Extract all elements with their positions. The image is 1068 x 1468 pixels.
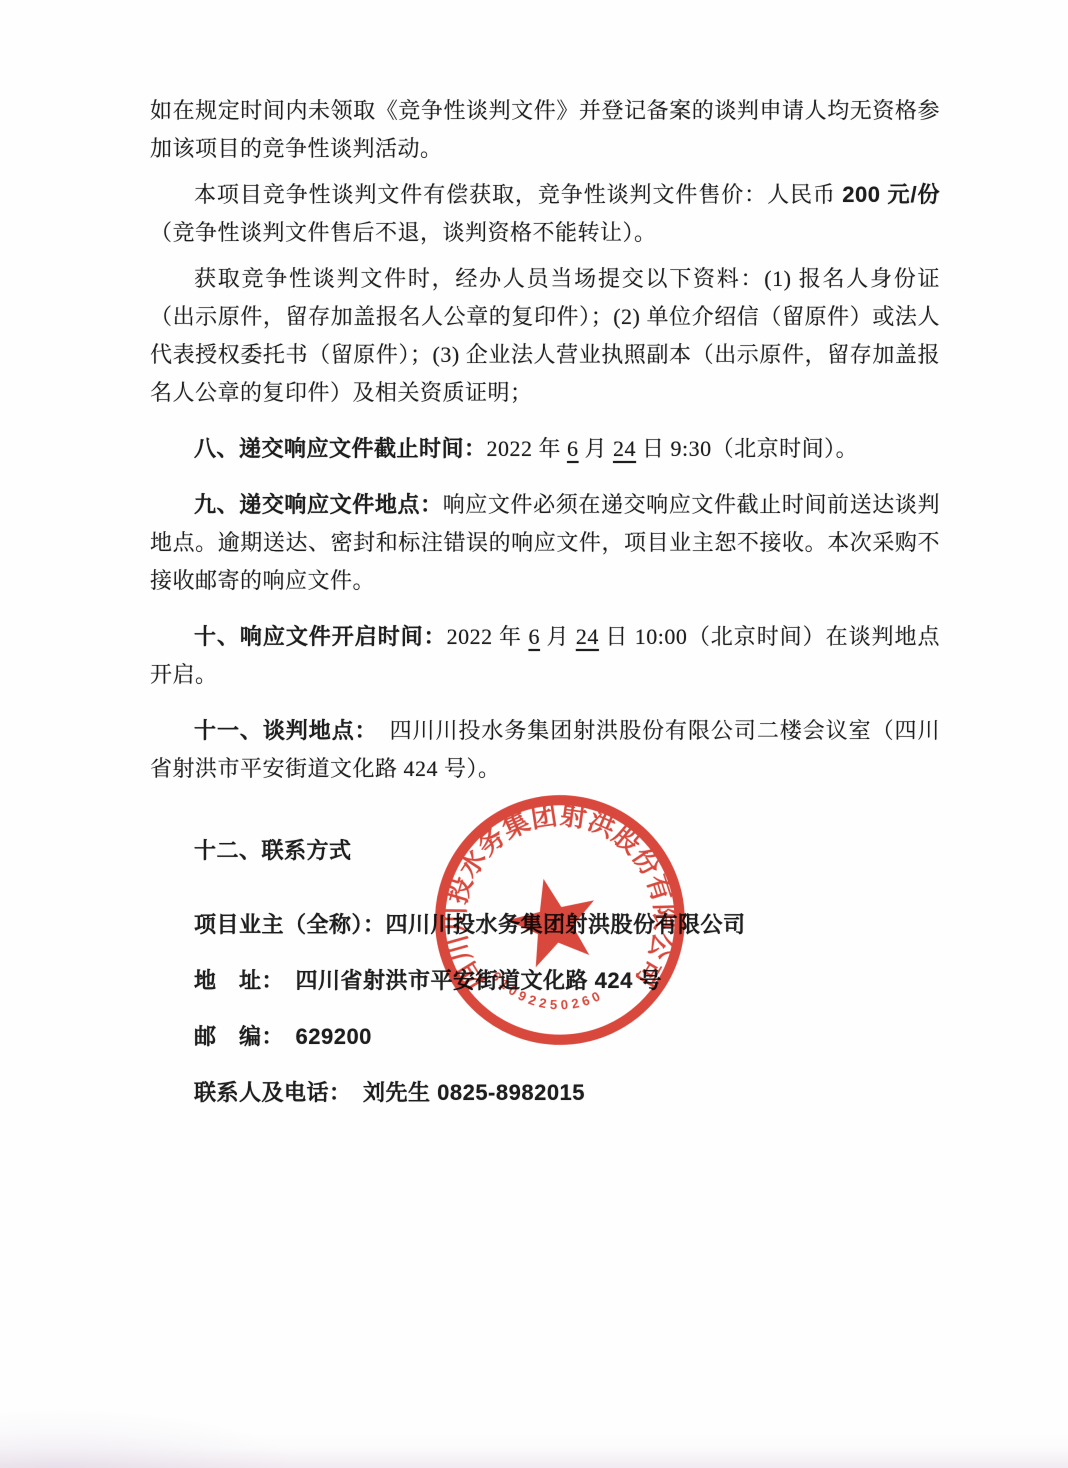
text-run: 月 (579, 436, 614, 461)
section-10-opening-time: 十、响应文件开启时间：2022 年 6 月 24 日 10:00（北京时间）在谈… (150, 618, 940, 694)
text-run-bold: 项目业主（全称）：四川川投水务集团射洪股份有限公司 (194, 912, 746, 937)
text-run-bold: 地 址： 四川省射洪市平安街道文化路 424 号 (194, 968, 662, 993)
text-run: 2022 年 (447, 624, 529, 649)
contact-postcode: 邮 编： 629200 (150, 1022, 940, 1052)
para-registration-notice: 如在规定时间内未领取《竞争性谈判文件》并登记备案的谈判申请人均无资格参加该项目的… (150, 92, 940, 168)
section-8-submission-deadline: 八、递交响应文件截止时间：2022 年 6 月 24 日 9:30（北京时间）。 (150, 430, 940, 468)
text-run-bold: 十二、联系方式 (194, 838, 352, 863)
text-run: 日 9:30（北京时间）。 (636, 436, 858, 461)
text-run-bold: 十、响应文件开启时间： (194, 624, 447, 649)
contact-address: 地 址： 四川省射洪市平安街道文化路 424 号 (150, 966, 940, 996)
contact-project-owner: 项目业主（全称）：四川川投水务集团射洪股份有限公司 (150, 910, 940, 940)
text-run-bold: 联系人及电话： 刘先生 0825-8982015 (194, 1080, 585, 1105)
text-run: 如在规定时间内未领取《竞争性谈判文件》并登记备案的谈判申请人均无资格参加该项目的… (150, 98, 940, 161)
section-9-submission-place: 九、递交响应文件地点：响应文件必须在递交响应文件截止时间前送达谈判地点。逾期送达… (150, 486, 940, 600)
text-run: 2022 年 (487, 436, 568, 461)
text-run-underlined: 6 (528, 624, 540, 649)
text-run-underlined: 24 (576, 624, 599, 649)
text-run: 本项目竞争性谈判文件有偿获取，竞争性谈判文件售价：人民币 (194, 182, 842, 207)
document-body: 如在规定时间内未领取《竞争性谈判文件》并登记备案的谈判申请人均无资格参加该项目的… (150, 92, 940, 1134)
text-run-bold: 邮 编： 629200 (194, 1024, 372, 1049)
text-run-bold: 九、递交响应文件地点： (194, 492, 443, 517)
scanned-document-page: 如在规定时间内未领取《竞争性谈判文件》并登记备案的谈判申请人均无资格参加该项目的… (0, 0, 1068, 1468)
contact-person-phone: 联系人及电话： 刘先生 0825-8982015 (150, 1078, 940, 1108)
section-12-contact-heading: 十二、联系方式 (150, 832, 940, 870)
text-run: 月 (540, 624, 576, 649)
scan-bottom-corner-blur (0, 1408, 300, 1468)
text-run: 获取竞争性谈判文件时，经办人员当场提交以下资料：(1) 报名人身份证（出示原件，… (150, 266, 940, 405)
para-required-materials: 获取竞争性谈判文件时，经办人员当场提交以下资料：(1) 报名人身份证（出示原件，… (150, 260, 940, 412)
text-run-underlined: 6 (567, 436, 579, 461)
para-document-fee: 本项目竞争性谈判文件有偿获取，竞争性谈判文件售价：人民币 200 元/份（竞争性… (150, 176, 940, 252)
section-11-negotiation-venue: 十一、谈判地点： 四川川投水务集团射洪股份有限公司二楼会议室（四川省射洪市平安街… (150, 712, 940, 788)
text-run: （竞争性谈判文件售后不退，谈判资格不能转让）。 (150, 220, 657, 245)
text-run-bold: 200 元/份 (842, 182, 940, 207)
text-run-underlined: 24 (613, 436, 636, 461)
text-run-bold: 十一、谈判地点： (194, 718, 367, 743)
text-run-bold: 八、递交响应文件截止时间： (194, 436, 487, 461)
